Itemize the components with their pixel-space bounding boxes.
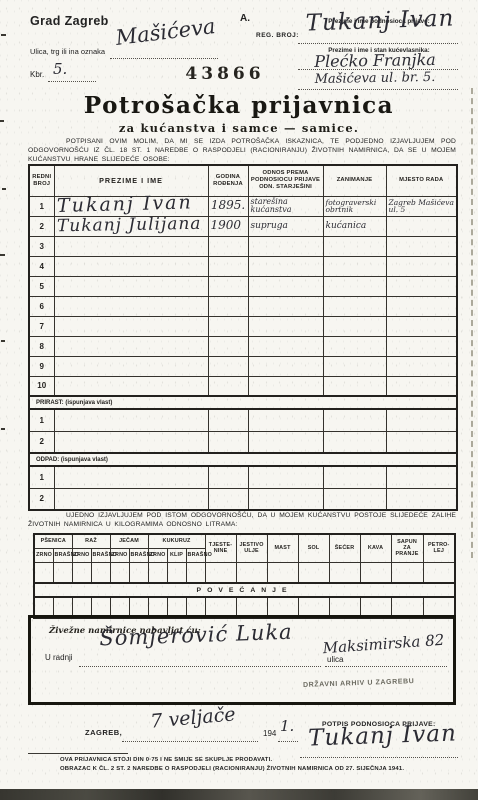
person-name-handwritten: Tukanj Julijana [56,216,205,235]
odpad-section-label: ODPAD: (ispunjava vlast) [29,453,457,466]
purchase-box: Živežne namirnice nabavljat ću: U radnji… [28,615,456,705]
purchase-street-line [325,666,447,667]
prirast-row: 1 [29,409,457,431]
person-row: 2 Tukanj Julijana 1900 supruga kućanica [29,216,457,236]
col-zanimanje: ZANIMANJE [323,165,386,196]
col-psenica: PŠENICA [34,534,72,548]
landlord-address-handwritten: Mašićeva ul. br. 5. [300,70,450,88]
shop-line [79,666,321,667]
col-kukuruz-klip: KLIP [167,548,186,562]
col-kukuruz-zrno: ZRNO [148,548,167,562]
col-kukuruz-brasno: BRAŠNO [186,548,205,562]
supplies-value-row [34,562,455,583]
person-occupation-handwritten: fotograverski obrtnik [326,199,384,213]
col-secer: ŠEĆER [329,534,360,562]
scan-artifact [0,254,5,256]
scanned-form-page: Grad Zagreb A. REG. BROJ: Ulica, trg ili… [0,0,478,800]
applicant-name-handwritten: Tukanj Ivan [282,5,478,38]
street-handwritten: Mašićeva [97,12,234,52]
footer-price-note: OVA PRIJAVNICA STOJI DIN 0·75 I NE SMIJE… [60,757,272,763]
house-number-handwritten: 5. [53,60,67,78]
street-label: Ulica, trg ili ina oznaka [30,47,105,56]
person-occupation-handwritten: kućanica [326,222,384,231]
supplies-group-row: PŠENICA RAŽ JEČAM KUKURUZ TJESTE- NINE J… [34,534,455,548]
povecanje-row: POVEĆANJE [34,583,455,597]
col-kukuruz: KUKURUZ [148,534,205,548]
footer-rule [28,753,128,754]
footer-regulation-note: OBRAZAC K ČL. 2 ST. 2 NAREDBE O RASPODJE… [60,766,404,772]
scan-artifact [1,34,6,36]
applicant-name-line [298,43,458,44]
col-raz-brasno: BRAŠNO [91,548,110,562]
person-row: 10 [29,376,457,396]
scan-edge-band [0,789,478,800]
person-relation-handwritten: starešina kućanstva [251,198,321,213]
col-odnos: ODNOS PREMA PODNOSIOCU PRIJAVE ODN. STAR… [248,165,323,196]
form-subtitle: za kućanstva i samce — samice. [0,121,478,135]
landlord-address-line [298,89,458,90]
person-row: 3 [29,236,457,256]
shop-label: U radnji [45,653,73,662]
col-jecam: JEČAM [110,534,148,548]
person-row: 5 [29,276,457,296]
person-year-handwritten: 1895. [211,200,246,211]
odpad-row: 1 [29,466,457,488]
col-mjesto-rada: MJESTO RADA [386,165,457,196]
odpad-row: 2 [29,488,457,510]
year-handwritten: 1. [280,717,294,735]
col-sapun: SAPUN ZA PRANJE [391,534,423,562]
place-label: ZAGREB, [85,728,122,737]
col-godina: GODINA ROĐENJA [208,165,248,196]
house-number-line [48,81,96,82]
persons-header-row: REDNI BROJ PREZIME I IME GODINA ROĐENJA … [29,165,457,196]
archive-stamp: DRŽAVNI ARHIV U ZAGREBU [303,678,415,689]
col-kava: KAVA [360,534,391,562]
col-psenica-zrno: ZRNO [34,548,53,562]
year-line [278,741,298,742]
person-year-handwritten: 1900 [211,220,246,231]
col-jestivo-ulje: JESTIVO ULJE [236,534,267,562]
signature-line [300,757,458,758]
col-raz-zrno: ZRNO [72,548,91,562]
person-row: 8 [29,336,457,356]
date-line [122,741,258,742]
year-printed: 194 [263,729,276,738]
col-redni-broj: REDNI BROJ [29,165,54,196]
col-mast: MAST [267,534,298,562]
purchase-street-handwritten: Maksimirska 82 [316,630,452,657]
supplies-table: PŠENICA RAŽ JEČAM KUKURUZ TJESTE- NINE J… [33,533,456,619]
serial-number: 43866 [170,64,280,84]
date-handwritten: 7 veljače [127,701,258,734]
shop-handwritten: Šomjerović Luka [66,618,327,651]
scan-artifact [1,428,5,430]
person-row: 6 [29,296,457,316]
person-workplace-handwritten: Zagreb Mašićeva ul. 5 [389,199,455,213]
section-letter: A. [240,13,250,24]
street-line [110,58,218,59]
prirast-section-label: PRIRAST: (ispunjava vlast) [29,396,457,409]
col-jecam-brasno: BRAŠNO [129,548,148,562]
person-row: 9 [29,356,457,376]
form-title: Potrošačka prijavnica [0,92,478,119]
person-relation-handwritten: supruga [251,222,321,231]
declaration-persons: POTPISANI OVIM MOLIM, DA MI SE IZDA POTR… [28,137,456,164]
person-name-handwritten: Tukanj Ivan [56,194,205,216]
col-sol: SOL [298,534,329,562]
scan-artifact [2,188,6,190]
col-psenica-brasno: BRAŠNO [53,548,72,562]
declaration-supplies: UJEDNO IZJAVLJUJEM POD ISTOM ODGOVORNOŠĆ… [28,511,456,529]
signature-handwritten: Tukanj Ivan [300,720,466,752]
city-title: Grad Zagreb [30,14,109,28]
house-number-label: Kbr. [30,70,44,79]
col-petrolej: PETRO- LEJ [423,534,455,562]
perforation-line [471,88,473,558]
col-jecam-zrno: ZRNO [110,548,129,562]
person-row: 7 [29,316,457,336]
person-row: 4 [29,256,457,276]
scan-artifact [1,340,5,342]
persons-table: REDNI BROJ PREZIME I IME GODINA ROĐENJA … [28,164,458,511]
prirast-row: 2 [29,431,457,453]
person-row: 1 Tukanj Ivan 1895. starešina kućanstva … [29,196,457,216]
col-raz: RAŽ [72,534,110,548]
